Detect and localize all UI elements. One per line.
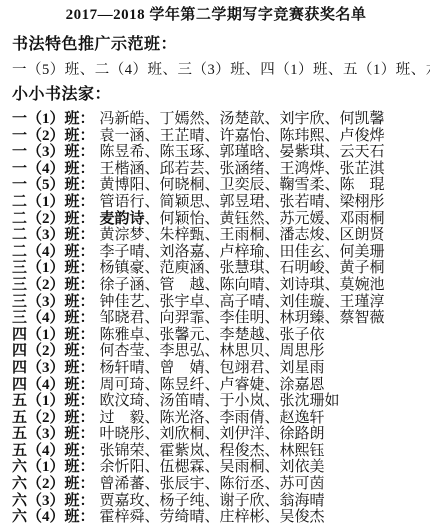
class-label: 二（1）班： bbox=[12, 194, 95, 210]
award-row: 五（3）班：叶晓彤、刘欣桐、刘伊洋、徐路朗 bbox=[12, 426, 420, 443]
winner-names: 黄淙梦、朱梓甄、王雨桐、潘志焌、区朗贤 bbox=[100, 227, 385, 243]
class-label: 二（4）班： bbox=[12, 244, 95, 260]
class-label: 二（3）班： bbox=[12, 227, 95, 243]
winner-names: 陈雅卓、张馨元、李楚越、张子依 bbox=[100, 327, 325, 343]
winner-names: 欧汶琦、汤笛晴、于小岚、张沈珊如 bbox=[100, 393, 340, 409]
winner-names: 贾嘉玫、杨子纯、谢子欣、翁海晴 bbox=[100, 493, 325, 509]
section-heading-calligraphers: 小小书法家： bbox=[12, 85, 420, 104]
winner-names: 李子晴、刘洛嘉、卢梓瑜、田佳玄、何美珊 bbox=[100, 244, 385, 260]
class-label: 五（2）班： bbox=[12, 410, 95, 426]
class-label: 五（4）班： bbox=[12, 443, 95, 459]
class-label: 一（3）班： bbox=[12, 144, 95, 160]
class-label: 三（2）班： bbox=[12, 277, 95, 293]
winner-names: 袁一涵、王芷晴、许嘉怡、陈玮熙、卢俊烨 bbox=[100, 128, 385, 144]
award-row: 六（4）班：霍梓舜、劳绮晴、庄梓彬、吴俊杰 bbox=[12, 509, 420, 524]
winner-names: 叶晓彤、刘欣桐、刘伊洋、徐路朗 bbox=[100, 426, 325, 442]
winner-names: 余忻阳、伍楒霖、吴雨桐、刘依美 bbox=[100, 459, 325, 475]
winner-names: 陈昱希、陈玉琢、郭瑾晗、晏紫琪、云天石 bbox=[100, 144, 385, 160]
winner-names: 过 毅、陈光洛、李雨倩、赵逸轩 bbox=[100, 410, 325, 426]
award-row: 五（2）班：过 毅、陈光洛、李雨倩、赵逸轩 bbox=[12, 410, 420, 427]
winner-names: 王楷涵、邱若芸、张涵绪、王鸿烨、张芷淇 bbox=[100, 161, 385, 177]
class-label: 三（3）班： bbox=[12, 294, 95, 310]
winner-names: 周可琦、陈昱纤、卢睿婕、涂嘉恩 bbox=[100, 377, 325, 393]
class-label: 四（3）班： bbox=[12, 360, 95, 376]
winner-names: 冯新皓、丁嫣然、汤楚歆、刘宇欣、何凯馨 bbox=[100, 111, 385, 127]
award-row: 四（2）班：何杏莹、李思弘、林思贝、周思彤 bbox=[12, 343, 420, 360]
class-label: 一（5）班： bbox=[12, 177, 95, 193]
award-row: 六（1）班：余忻阳、伍楒霖、吴雨桐、刘依美 bbox=[12, 459, 420, 476]
winner-names: 霍梓舜、劳绮晴、庄梓彬、吴俊杰 bbox=[100, 509, 325, 524]
winner-names: 曾浠蕃、张辰宇、陈衍丞、苏可茵 bbox=[100, 476, 325, 492]
award-row: 三（3）班：钟佳艺、张宇卓、高子晴、刘佳璇、王瑾淳 bbox=[12, 294, 420, 311]
award-row: 三（4）班：邹晓君、向羿霏、李佳明、林玥臻、蔡智薇 bbox=[12, 310, 420, 327]
class-label: 四（4）班： bbox=[12, 377, 95, 393]
class-label: 六（2）班： bbox=[12, 476, 95, 492]
winner-names: 、何颖怡、黄钰然、苏元媛、邓雨桐 bbox=[145, 211, 385, 227]
award-row: 六（2）班：曾浠蕃、张辰宇、陈衍丞、苏可茵 bbox=[12, 476, 420, 493]
class-label: 三（1）班： bbox=[12, 260, 95, 276]
award-row: 一（5）班：黄博阳、何晓桐、卫奕辰、鞠雪柔、陈 琨 bbox=[12, 177, 420, 194]
highlighted-name: 麦韵诗 bbox=[100, 211, 145, 227]
class-label: 二（2）班： bbox=[12, 211, 95, 227]
class-label: 一（1）班： bbox=[12, 111, 95, 127]
class-label: 五（3）班： bbox=[12, 426, 95, 442]
class-label: 一（2）班： bbox=[12, 128, 95, 144]
award-row: 四（4）班：周可琦、陈昱纤、卢睿婕、涂嘉恩 bbox=[12, 377, 420, 394]
document: 2017—2018 学年第二学期写字竞赛获奖名单 书法特色推广示范班： 一（5）… bbox=[0, 0, 430, 524]
class-label: 五（1）班： bbox=[12, 393, 95, 409]
class-label: 六（4）班： bbox=[12, 509, 95, 524]
award-row: 三（2）班：徐子涵、管 越、陈向晴、刘诗琪、莫婉池 bbox=[12, 277, 420, 294]
class-label: 六（3）班： bbox=[12, 493, 95, 509]
class-label: 四（1）班： bbox=[12, 327, 95, 343]
award-row: 三（1）班：杨镇豪、范庾涵、张慧琪、石明峻、黄子桐 bbox=[12, 260, 420, 277]
demo-class-list: 一（5）班、二（4）班、三（3）班、四（1）班、五（1）班、六（4）班 bbox=[12, 61, 420, 79]
award-row: 二（4）班：李子晴、刘洛嘉、卢梓瑜、田佳玄、何美珊 bbox=[12, 244, 420, 261]
class-label: 三（4）班： bbox=[12, 310, 95, 326]
class-label: 一（4）班： bbox=[12, 161, 95, 177]
award-row: 一（1）班：冯新皓、丁嫣然、汤楚歆、刘宇欣、何凯馨 bbox=[12, 111, 420, 128]
award-row: 二（3）班：黄淙梦、朱梓甄、王雨桐、潘志焌、区朗贤 bbox=[12, 227, 420, 244]
winner-names: 杨镇豪、范庾涵、张慧琪、石明峻、黄子桐 bbox=[100, 260, 385, 276]
award-row: 五（1）班：欧汶琦、汤笛晴、于小岚、张沈珊如 bbox=[12, 393, 420, 410]
winner-names: 张锦荣、霍紫岚、程俊杰、林熙钰 bbox=[100, 443, 325, 459]
class-label: 四（2）班： bbox=[12, 343, 95, 359]
award-row: 四（1）班：陈雅卓、张馨元、李楚越、张子依 bbox=[12, 327, 420, 344]
award-row: 一（2）班：袁一涵、王芷晴、许嘉怡、陈玮熙、卢俊烨 bbox=[12, 128, 420, 145]
winner-names: 徐子涵、管 越、陈向晴、刘诗琪、莫婉池 bbox=[100, 277, 385, 293]
winner-names: 黄博阳、何晓桐、卫奕辰、鞠雪柔、陈 琨 bbox=[100, 177, 385, 193]
award-row: 一（4）班：王楷涵、邱若芸、张涵绪、王鸿烨、张芷淇 bbox=[12, 161, 420, 178]
section-heading-demo-classes: 书法特色推广示范班： bbox=[12, 35, 420, 54]
winner-names: 钟佳艺、张宇卓、高子晴、刘佳璇、王瑾淳 bbox=[100, 294, 385, 310]
award-row: 五（4）班：张锦荣、霍紫岚、程俊杰、林熙钰 bbox=[12, 443, 420, 460]
winner-names: 何杏莹、李思弘、林思贝、周思彤 bbox=[100, 343, 325, 359]
winner-names: 管语行、简颖思、郭昱珺、张若晴、梁栩彤 bbox=[100, 194, 385, 210]
award-row: 一（3）班：陈昱希、陈玉琢、郭瑾晗、晏紫琪、云天石 bbox=[12, 144, 420, 161]
class-label: 六（1）班： bbox=[12, 459, 95, 475]
award-row: 六（3）班：贾嘉玫、杨子纯、谢子欣、翁海晴 bbox=[12, 493, 420, 510]
page-title: 2017—2018 学年第二学期写字竞赛获奖名单 bbox=[12, 6, 420, 24]
award-row: 四（3）班：杨轩晴、曾 婧、包翊君、刘星雨 bbox=[12, 360, 420, 377]
winner-names: 杨轩晴、曾 婧、包翊君、刘星雨 bbox=[100, 360, 325, 376]
winner-names: 邹晓君、向羿霏、李佳明、林玥臻、蔡智薇 bbox=[100, 310, 385, 326]
award-row: 二（2）班：麦韵诗、何颖怡、黄钰然、苏元媛、邓雨桐 bbox=[12, 211, 420, 228]
award-list: 一（1）班：冯新皓、丁嫣然、汤楚歆、刘宇欣、何凯馨 一（2）班：袁一涵、王芷晴、… bbox=[12, 111, 420, 524]
award-row: 二（1）班：管语行、简颖思、郭昱珺、张若晴、梁栩彤 bbox=[12, 194, 420, 211]
